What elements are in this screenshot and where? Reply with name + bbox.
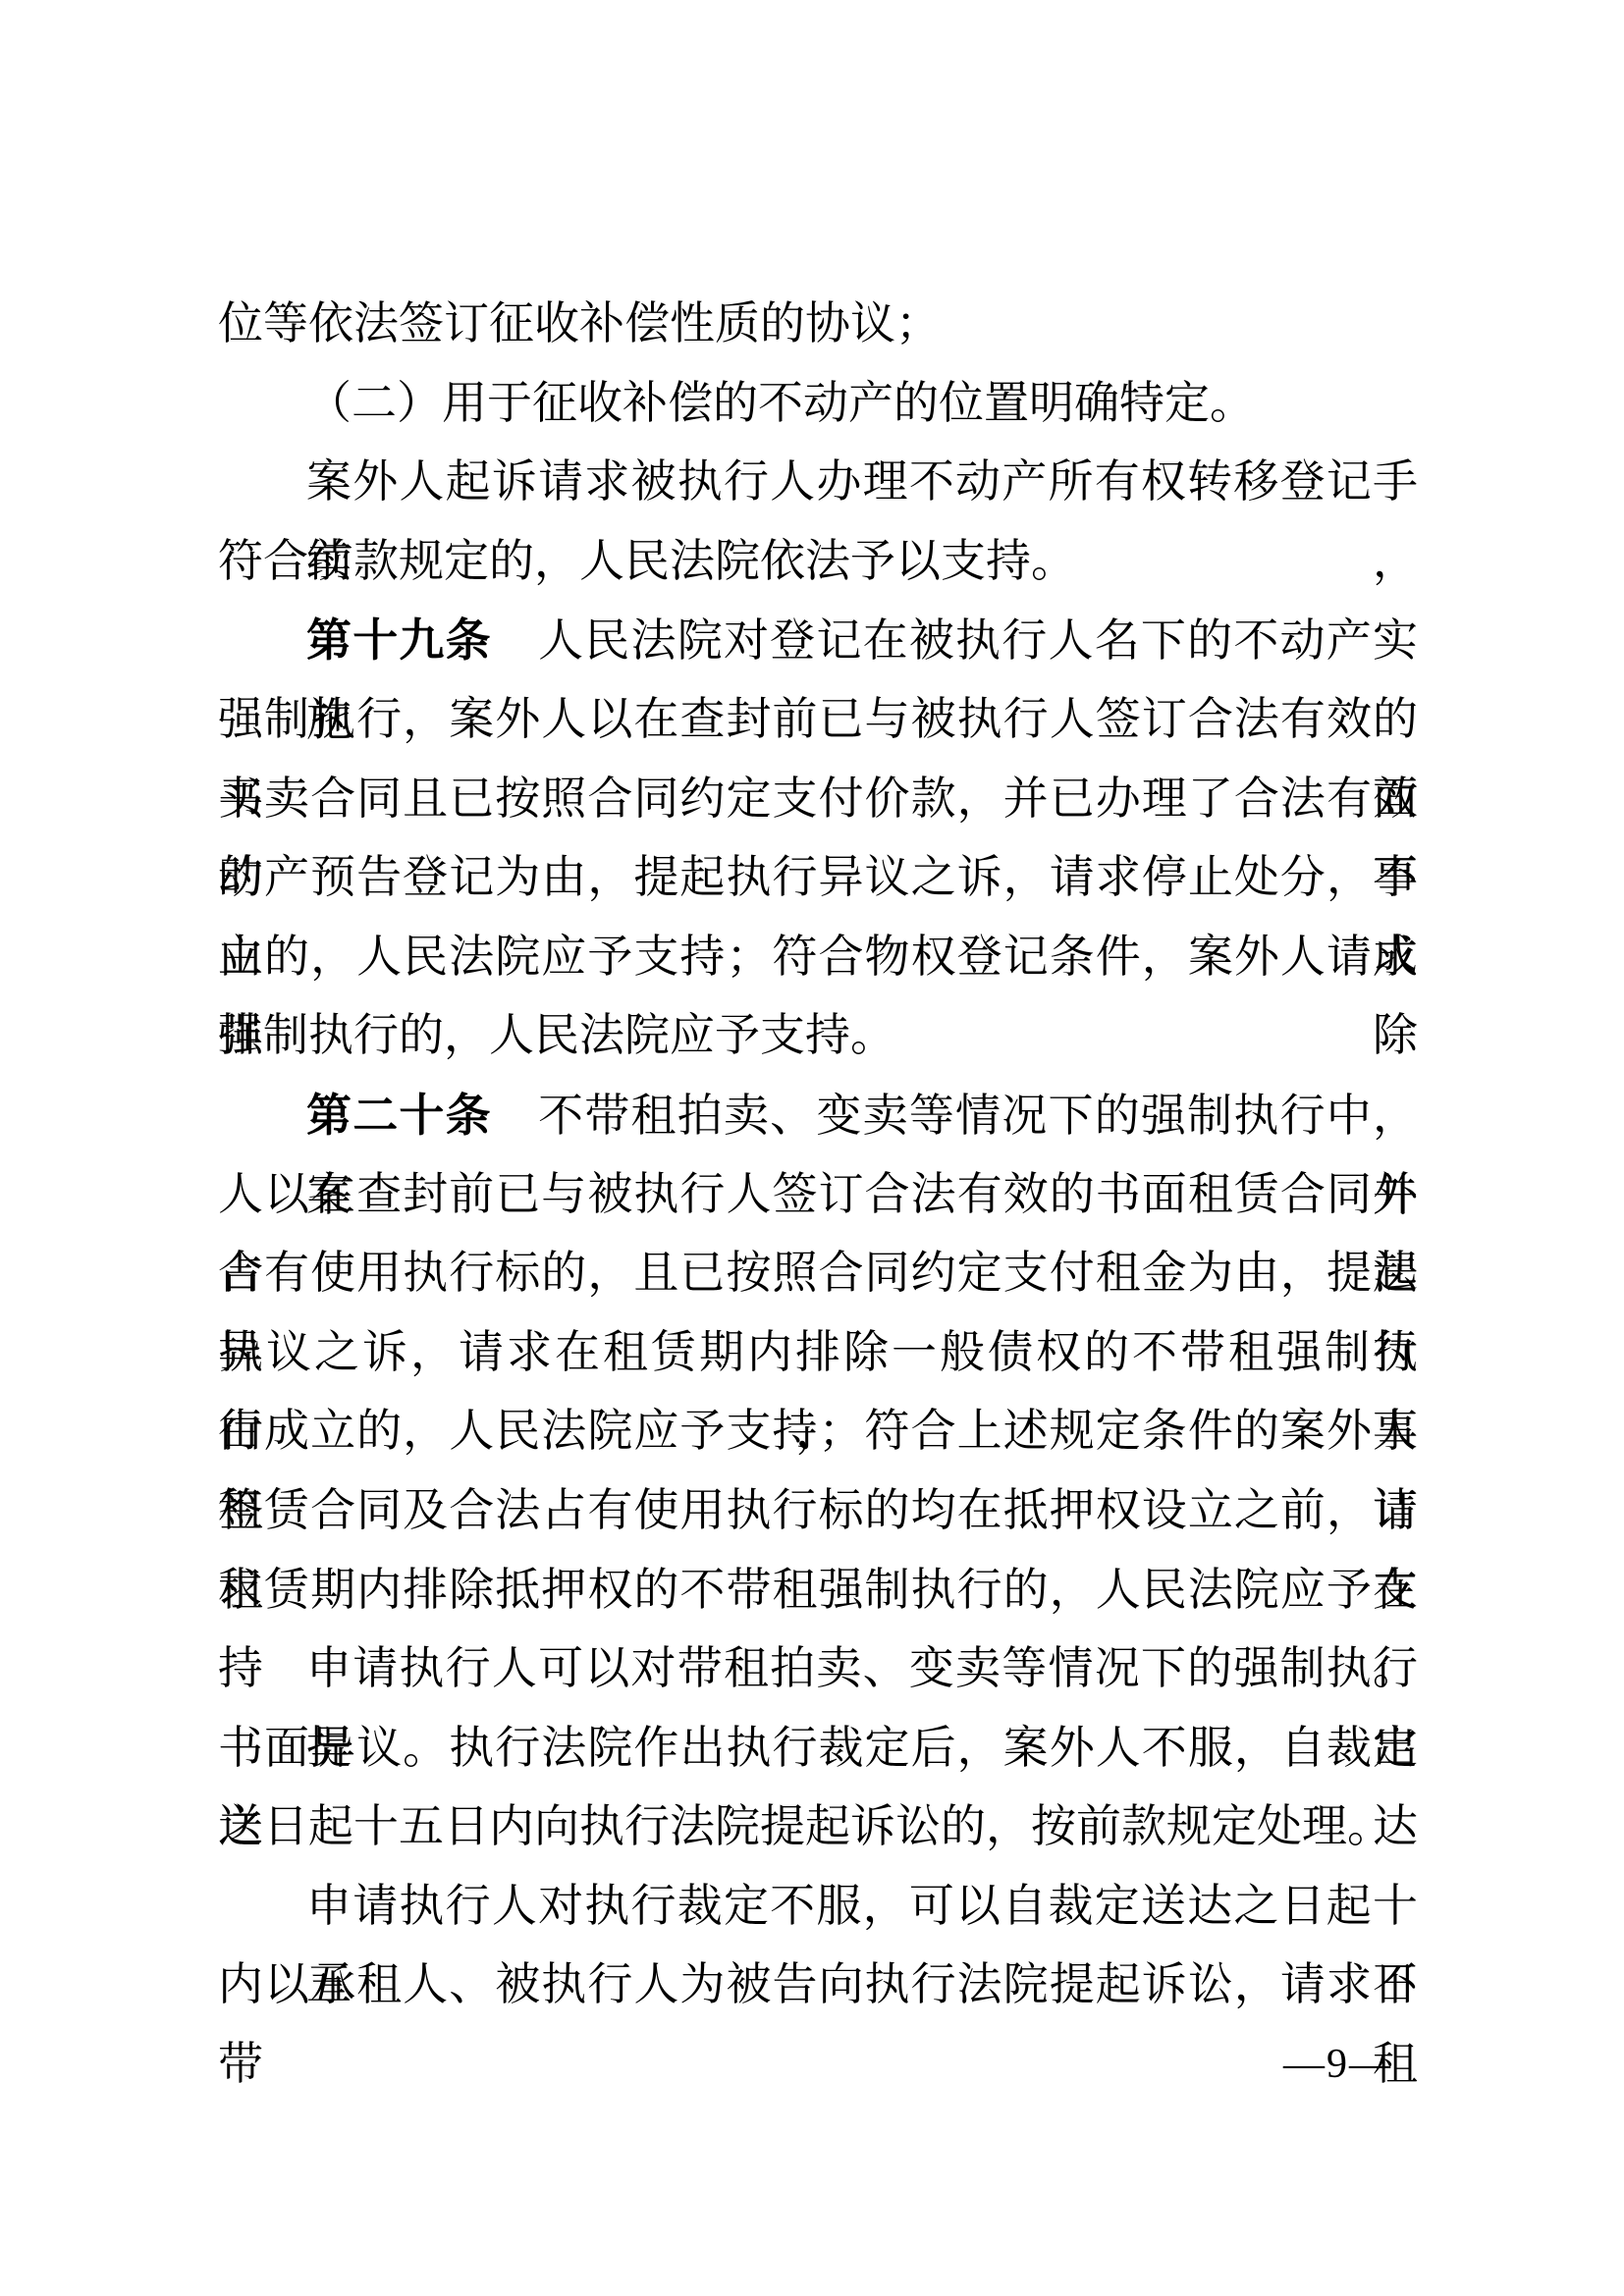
text-run: 之日起十五日内向执行法院提起诉讼的，按前款规定处理。 bbox=[218, 1801, 1392, 1851]
text-line: 异议之诉，请求在租赁期内排除一般债权的不带租强制执行，事 bbox=[218, 1313, 1418, 1393]
text-block: 位等依法签订征收补偿性质的协议；（二）用于征收补偿的不动产的位置明确特定。案外人… bbox=[218, 285, 1418, 2025]
text-run: 符合前款规定的，人民法院依法予以支持。 bbox=[218, 536, 1076, 586]
text-line: 租赁合同及合法占有使用执行标的均在抵押权设立之前，请求在 bbox=[218, 1471, 1418, 1551]
text-line: 案外人起诉请求被执行人办理不动产所有权转移登记手续， bbox=[218, 443, 1418, 522]
text-line: 申请执行人对执行裁定不服，可以自裁定送达之日起十五日 bbox=[218, 1867, 1418, 1947]
text-line: 申请执行人可以对带租拍卖、变卖等情况下的强制执行提出 bbox=[218, 1629, 1418, 1709]
text-line: 之日起十五日内向执行法院提起诉讼的，按前款规定处理。 bbox=[218, 1788, 1418, 1867]
text-line: 第二十条 不带租拍卖、变卖等情况下的强制执行中，案外 bbox=[218, 1076, 1418, 1155]
page-number: —9— bbox=[1237, 2040, 1438, 2089]
article-number: 第十九条 bbox=[306, 614, 492, 666]
text-line: 买卖合同且已按照合同约定支付价款，并已办理了合法有效的不 bbox=[218, 760, 1418, 839]
text-line: 第十九条 人民法院对登记在被执行人名下的不动产实施 bbox=[218, 601, 1418, 680]
text-line: 租赁期内排除抵押权的不带租强制执行的，人民法院应予支持。 bbox=[218, 1551, 1418, 1630]
text-line: 由成立的，人民法院应予支持；符合上述规定条件的案外人签订 bbox=[218, 1392, 1418, 1471]
text-run: 位等依法签订征收补偿性质的协议； bbox=[218, 298, 941, 348]
text-line: 人以在查封前已与被执行人签订合法有效的书面租赁合同并合法 bbox=[218, 1155, 1418, 1235]
text-line: （二）用于征收补偿的不动产的位置明确特定。 bbox=[218, 364, 1418, 444]
article-number: 第二十条 bbox=[306, 1090, 492, 1141]
text-line: 书面异议。执行法院作出执行裁定后，案外人不服，自裁定送达 bbox=[218, 1709, 1418, 1789]
document-page: 位等依法签订征收补偿性质的协议；（二）用于征收补偿的不动产的位置明确特定。案外人… bbox=[0, 0, 1624, 2296]
text-run: 强制执行的，人民法院应予支持。 bbox=[218, 1010, 895, 1060]
text-line: 占有使用执行标的，且已按照合同约定支付租金为由，提起执行 bbox=[218, 1234, 1418, 1313]
text-line: 内以承租人、被执行人为被告向执行法院提起诉讼，请求不带租 bbox=[218, 1946, 1418, 2025]
text-line: 位等依法签订征收补偿性质的协议； bbox=[218, 285, 1418, 364]
text-line: 立的，人民法院应予支持；符合物权登记条件，案外人请求排除 bbox=[218, 918, 1418, 997]
text-line: 动产预告登记为由，提起执行异议之诉，请求停止处分，事由成 bbox=[218, 838, 1418, 918]
text-line: 强制执行，案外人以在查封前已与被执行人签订合法有效的书面 bbox=[218, 680, 1418, 760]
text-run: （二）用于征收补偿的不动产的位置明确特定。 bbox=[306, 378, 1255, 428]
